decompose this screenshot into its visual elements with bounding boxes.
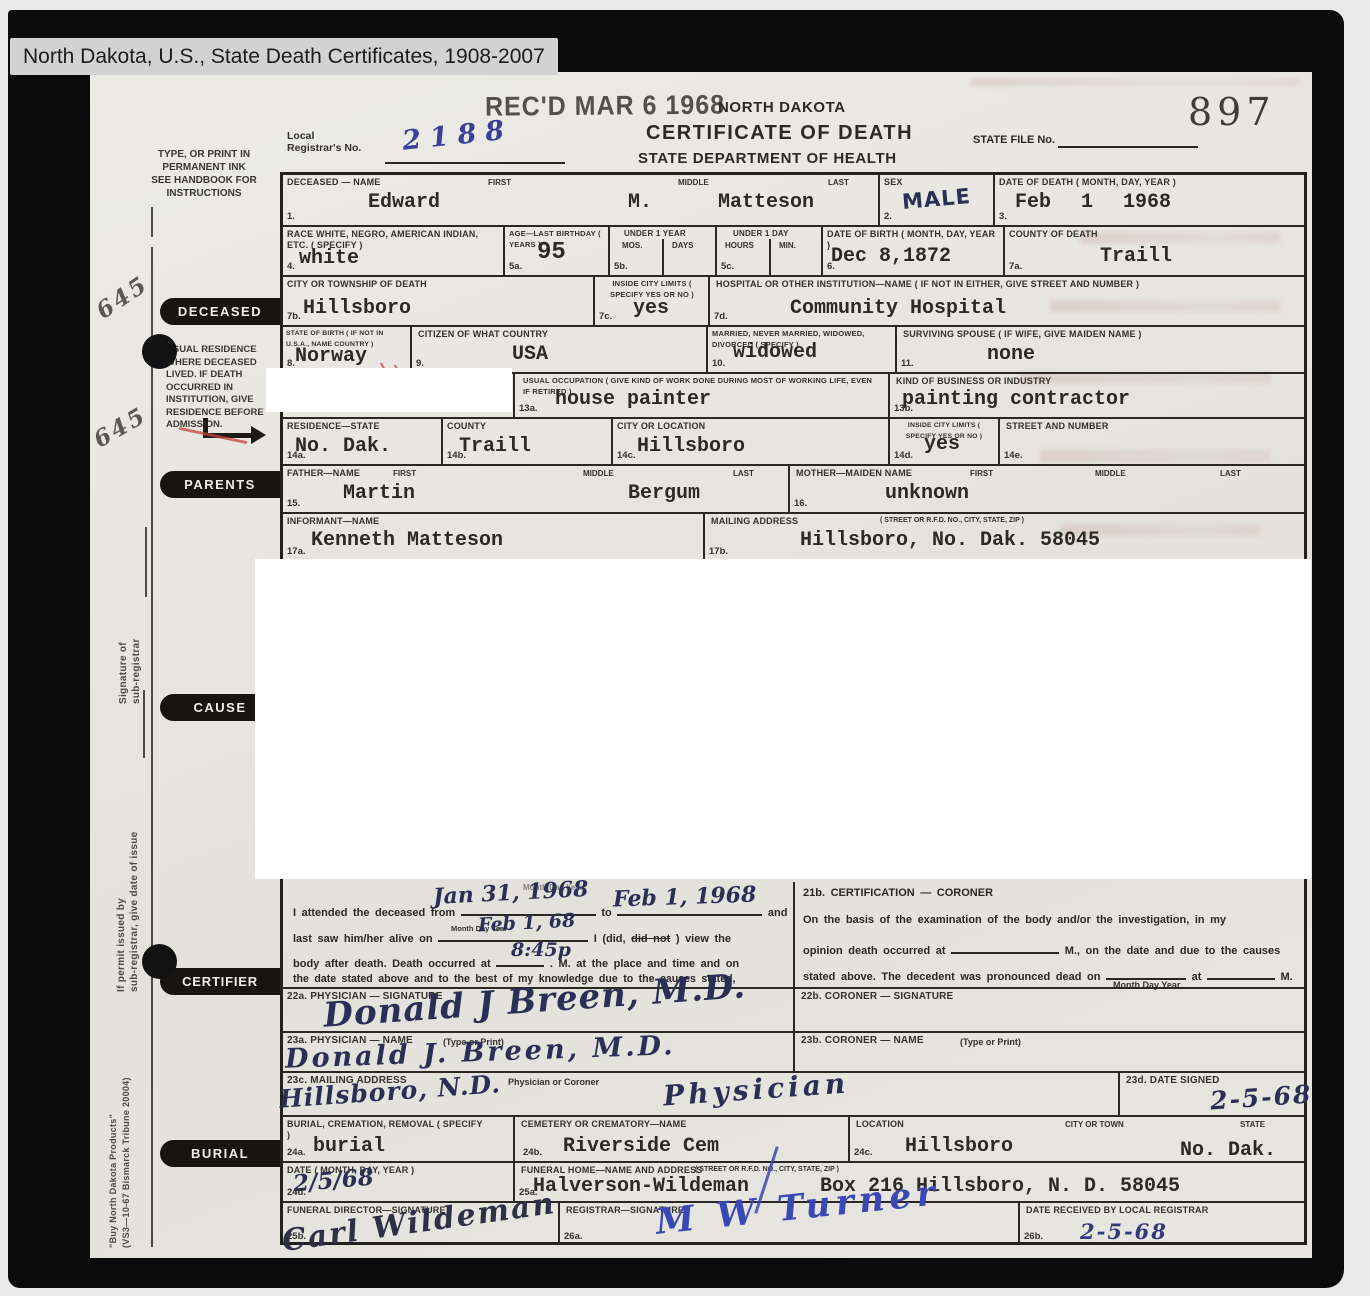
residence-inside-limits-value: yes — [924, 433, 960, 456]
mother-value: unknown — [885, 482, 969, 505]
field-number: 14b. — [447, 450, 466, 461]
attended-to-handwritten: Feb 1, 1968 — [613, 882, 757, 913]
row-signatures: 22a. PHYSICIAN — SIGNATURE Donald J Bree… — [283, 987, 1304, 1031]
field-number: 7c. — [599, 311, 612, 322]
certificate-paper: REC'D MAR 6 1968 NORTH DAKOTA CERTIFICAT… — [90, 72, 1312, 1258]
local-registrar-label-l1: Local — [287, 130, 361, 142]
residence-city-label: CITY OR LOCATION — [617, 421, 705, 432]
citizen-value: USA — [512, 343, 548, 366]
hours-sublabel: HOURS — [725, 241, 754, 250]
citizen-label: CITIZEN OF WHAT COUNTRY — [418, 329, 548, 340]
middle-sublabel: MIDDLE — [678, 178, 709, 187]
city-or-town-sublabel: CITY OR TOWN — [1065, 1120, 1124, 1129]
header-title: CERTIFICATE OF DEATH — [646, 122, 913, 145]
footer-note-l2: (VS3—10-67 Bismarck Tribune 20004) — [121, 1077, 131, 1248]
field-marital-status: MARRIED, NEVER MARRIED, WIDOWED, DIVORCE… — [706, 327, 895, 372]
residence-note: USUAL RESIDENCE WHERE DECEASED LIVED. IF… — [166, 344, 278, 432]
burial-state-value: No. Dak. — [1180, 1139, 1276, 1162]
residence-state-label: RESIDENCE—STATE — [287, 421, 380, 432]
field-deceased-name: DECEASED — NAME FIRST MIDDLE LAST Edward… — [283, 175, 878, 225]
field-funeral-director-signature: FUNERAL DIRECTOR—SIGNATURE Carl Wildeman… — [283, 1203, 558, 1245]
sex-label: SEX — [884, 177, 903, 188]
row-deceased-name: DECEASED — NAME FIRST MIDDLE LAST Edward… — [283, 175, 1304, 225]
permit-note-l2: sub-registrar, give date of issue — [129, 831, 140, 992]
header-state: NORTH DAKOTA — [718, 99, 846, 116]
local-registrar-line — [385, 162, 565, 164]
funeral-home-label: FUNERAL HOME—NAME AND ADDRESS — [521, 1165, 702, 1176]
tab-parents: PARENTS — [160, 471, 280, 498]
marital-value: widowed — [733, 341, 817, 364]
residence-county-label: COUNTY — [447, 421, 486, 432]
date-of-death-value: Feb 1 1968 — [1015, 191, 1171, 214]
field-residence-state: RESIDENCE—STATE No. Dak. 14a. — [283, 419, 441, 464]
role-handwritten: Physician — [662, 1067, 850, 1113]
field-number: 11. — [901, 358, 914, 369]
field-number: 14d. — [894, 450, 913, 461]
local-registrar-label: Local Registrar's No. — [287, 130, 361, 154]
row-birth-citizen-marital: STATE OF BIRTH ( IF NOT IN U.S.A., NAME … — [283, 325, 1304, 372]
field-burial-type: BURIAL, CREMATION, REMOVAL ( SPECIFY ) b… — [283, 1117, 513, 1161]
deceased-first-value: Edward — [368, 191, 440, 214]
field-coroner-certification: 21b. CERTIFICATION — CORONER On the basi… — [793, 882, 1310, 987]
age-value: 95 — [537, 239, 566, 266]
attend-text: ) view the — [676, 933, 731, 945]
field-number: 4. — [287, 261, 295, 272]
pencil-mark-645: 645 — [89, 402, 152, 454]
field-number: 7b. — [287, 311, 301, 322]
redaction-block-cause — [255, 559, 1311, 879]
county-of-death-label: COUNTY OF DEATH — [1009, 229, 1098, 240]
attend-text: I attended the deceased from — [293, 907, 455, 919]
middle-sublabel: MIDDLE — [583, 469, 614, 478]
coroner-line-3: stated above. The decedent was pronounce… — [803, 966, 1293, 983]
field-number: 24c. — [854, 1147, 873, 1158]
print-note-l1: TYPE, OR PRINT IN — [128, 148, 280, 161]
local-registrar-label-l2: Registrar's No. — [287, 142, 361, 154]
field-number: 5a. — [509, 261, 522, 272]
field-age: AGE—LAST BIRTHDAY ( YEARS ) 95 5a. — [503, 227, 608, 275]
middle-sublabel: MIDDLE — [1095, 469, 1126, 478]
footer-note-l1: "Buy North Dakota Products" — [108, 1114, 118, 1248]
redaction-block-small — [266, 368, 512, 412]
location-label: LOCATION — [856, 1119, 904, 1130]
field-hospital: HOSPITAL OR OTHER INSTITUTION—NAME ( IF … — [708, 277, 1310, 325]
city-of-death-label: CITY OR TOWNSHIP OF DEATH — [287, 279, 427, 290]
field-sex: SEX 2. MALE — [878, 175, 993, 225]
local-registrar-no: 2188 — [401, 114, 515, 156]
industry-value: painting contractor — [902, 388, 1130, 411]
field-residence-inside-limits: INSIDE CITY LIMITS ( SPECIFY YES OR NO )… — [888, 419, 998, 464]
deceased-last-value: Matteson — [718, 191, 814, 214]
first-sublabel: FIRST — [970, 469, 993, 478]
informant-value: Kenneth Matteson — [311, 529, 503, 552]
field-residence-city: CITY OR LOCATION Hillsboro 14c. — [611, 419, 888, 464]
deceased-middle-value: M. — [628, 191, 652, 214]
field-occupation: USUAL OCCUPATION ( GIVE KIND OF WORK DON… — [513, 374, 888, 417]
date-of-birth-value: Dec 8,1872 — [831, 245, 951, 268]
field-number: 14e. — [1004, 450, 1023, 461]
field-physician-name: 23a. PHYSICIAN — NAME (Type or Print) Do… — [283, 1033, 793, 1071]
field-father-name: FATHER—NAME FIRST MIDDLE LAST Martin Ber… — [283, 466, 788, 512]
coroner-text: M., on the date and due to the causes — [1065, 945, 1281, 957]
row-registrar: FUNERAL DIRECTOR—SIGNATURE Carl Wildeman… — [283, 1201, 1304, 1245]
print-note-l2: PERMANENT INK — [128, 161, 280, 174]
field-coroner-signature: 22b. CORONER — SIGNATURE — [793, 989, 1310, 1031]
field-certifier-mailing-address: 23c. MAILING ADDRESS Physician or Corone… — [283, 1073, 1118, 1115]
field-physician-signature: 22a. PHYSICIAN — SIGNATURE Donald J Bree… — [283, 989, 793, 1031]
death-time-handwritten: 8:45p — [511, 939, 571, 961]
header-department: STATE DEPARTMENT OF HEALTH — [638, 150, 897, 167]
row-race-age-birth: RACE WHITE, NEGRO, AMERICAN INDIAN, ETC.… — [283, 225, 1304, 275]
attend-text: I (did, — [594, 933, 626, 945]
field-residence-street: STREET AND NUMBER 14e. — [998, 419, 1310, 464]
field-cemetery: CEMETERY OR CREMATORY—NAME Riverside Cem… — [513, 1117, 848, 1161]
last-sublabel: LAST — [828, 178, 849, 187]
row-mailing-datesigned: 23c. MAILING ADDRESS Physician or Corone… — [283, 1071, 1304, 1115]
red-ink-smudge — [970, 78, 1300, 86]
margin-rule — [151, 247, 153, 1247]
field-inside-city-limits: INSIDE CITY LIMITS ( SPECIFY YES OR NO )… — [593, 277, 708, 325]
field-number: 17b. — [709, 546, 728, 557]
coroner-line-1: On the basis of the examination of the b… — [803, 914, 1226, 926]
field-number: 16. — [794, 498, 807, 509]
residence-state-value: No. Dak. — [295, 435, 391, 458]
field-informant: INFORMANT—NAME Kenneth Matteson 17a. — [283, 514, 703, 560]
tab-burial: BURIAL — [160, 1140, 280, 1167]
row-place-of-death: CITY OR TOWNSHIP OF DEATH Hillsboro 7b. … — [283, 275, 1304, 325]
under-1-year-label: UNDER 1 YEAR — [624, 229, 686, 240]
row-parents: FATHER—NAME FIRST MIDDLE LAST Martin Ber… — [283, 464, 1304, 512]
days-sublabel: DAYS — [672, 241, 694, 250]
coroner-text: M. — [1280, 971, 1292, 983]
state-file-no-value: 897 — [1188, 90, 1276, 134]
coroner-certification-heading: 21b. CERTIFICATION — CORONER — [803, 887, 993, 899]
coroner-signature-label: 22b. CORONER — SIGNATURE — [801, 992, 953, 1003]
permit-note-l1: If permit issued by — [116, 898, 127, 992]
field-number: 6. — [827, 261, 835, 272]
city-of-death-value: Hillsboro — [303, 297, 411, 320]
tab-certifier: CERTIFIER — [160, 968, 280, 995]
viewer-stage: North Dakota, U.S., State Death Certific… — [0, 0, 1370, 1296]
under-1-day-label: UNDER 1 DAY — [733, 229, 789, 240]
field-number: 7a. — [1009, 261, 1022, 272]
field-number: 10. — [712, 358, 725, 369]
field-mailing-address: MAILING ADDRESS ( STREET OR R.F.D. NO., … — [703, 514, 1310, 560]
subregistrar-signature-note-l2: sub-registrar — [131, 638, 142, 704]
coroner-text: opinion death occurred at — [803, 945, 946, 957]
min-sublabel: MIN. — [779, 241, 796, 250]
hole-punch — [142, 334, 177, 369]
field-number: 3. — [999, 211, 1007, 222]
first-sublabel: FIRST — [488, 178, 511, 187]
field-city-of-death: CITY OR TOWNSHIP OF DEATH Hillsboro 7b. — [283, 277, 593, 325]
field-county-of-death: COUNTY OF DEATH Traill 7a. — [1003, 227, 1310, 275]
margin-rule-stub — [151, 207, 153, 237]
field-date-received: DATE RECEIVED BY LOCAL REGISTRAR 2-5-68 … — [1018, 1203, 1310, 1245]
inside-city-limits-value: yes — [633, 297, 669, 320]
field-under-1-year: UNDER 1 YEAR MOS. DAYS 5b. — [608, 227, 715, 275]
date-received-label: DATE RECEIVED BY LOCAL REGISTRAR — [1026, 1205, 1208, 1216]
field-date-signed: 23d. DATE SIGNED 2-5-68 — [1118, 1073, 1310, 1115]
father-first-value: Martin — [343, 482, 415, 505]
field-number: 15. — [287, 498, 300, 509]
attend-text: body after death. Death occurred at — [293, 958, 491, 970]
print-note-l4: INSTRUCTIONS — [128, 187, 280, 200]
field-number: 7d. — [714, 311, 728, 322]
state-of-birth-value: Norway — [295, 345, 367, 368]
print-note: TYPE, OR PRINT IN PERMANENT INK SEE HAND… — [128, 148, 280, 200]
state-sublabel: STATE — [1240, 1120, 1265, 1129]
residence-city-value: Hillsboro — [637, 435, 745, 458]
cell-divider — [769, 239, 771, 275]
hole-punch — [142, 944, 177, 979]
field-number: 26a. — [564, 1231, 583, 1242]
physician-or-coroner-label: Physician or Coroner — [508, 1077, 599, 1087]
field-registrar-signature: REGISTRAR—SIGNATURE M W Turner 26a. — [558, 1203, 1018, 1245]
date-signed-label: 23d. DATE SIGNED — [1126, 1076, 1220, 1087]
field-state-of-birth: STATE OF BIRTH ( IF NOT IN U.S.A., NAME … — [283, 327, 410, 372]
field-mother-name: MOTHER—MAIDEN NAME FIRST MIDDLE LAST unk… — [788, 466, 1310, 512]
row-names: 23a. PHYSICIAN — NAME (Type or Print) Do… — [283, 1031, 1304, 1071]
permit-blank-line — [143, 690, 145, 758]
field-burial-date: DATE ( MONTH, DAY, YEAR ) 2/5/68 24d. — [283, 1163, 513, 1201]
state-file-no-label: STATE FILE No. — [973, 134, 1055, 146]
field-number: 1. — [287, 211, 295, 222]
field-coroner-name: 23b. CORONER — NAME (Type or Print) — [793, 1033, 1310, 1071]
row-certification: Month Day Year I attended the deceased f… — [283, 882, 1304, 987]
blank-line — [1106, 966, 1186, 980]
field-date-of-death: DATE OF DEATH ( MONTH, DAY, YEAR ) Feb 1… — [993, 175, 1310, 225]
state-file-no-line — [1058, 146, 1198, 148]
mailing-address-paren-label: ( STREET OR R.F.D. NO., CITY, STATE, ZIP… — [880, 517, 1024, 524]
last-sublabel: LAST — [733, 469, 754, 478]
date-received-handwritten: 2-5-68 — [1080, 1219, 1168, 1244]
blank-line — [951, 940, 1059, 954]
field-number: 5b. — [614, 261, 628, 272]
blank-line — [1207, 966, 1275, 980]
mother-name-label: MOTHER—MAIDEN NAME — [796, 468, 912, 479]
field-number: 24d. — [287, 1187, 306, 1198]
field-number: 24b. — [523, 1147, 542, 1158]
field-industry: KIND OF BUSINESS OR INDUSTRY painting co… — [888, 374, 1310, 417]
field-number: 2. — [884, 211, 892, 222]
cemetery-label: CEMETERY OR CREMATORY—NAME — [521, 1119, 687, 1130]
field-burial-location: LOCATION CITY OR TOWN STATE Hillsboro No… — [848, 1117, 1310, 1161]
mos-sublabel: MOS. — [622, 241, 642, 250]
field-number: 14a. — [287, 450, 306, 461]
mailing-address-label: MAILING ADDRESS — [711, 516, 798, 527]
industry-label: KIND OF BUSINESS OR INDUSTRY — [896, 376, 1051, 387]
residence-county-value: Traill — [459, 435, 531, 458]
sex-value: MALE — [901, 184, 972, 214]
pencil-mark-645: 645 — [91, 270, 153, 324]
struck-did-not: did not — [631, 933, 670, 945]
father-name-label: FATHER—NAME — [287, 468, 360, 479]
attend-text: to — [601, 907, 611, 919]
coroner-line-2: opinion death occurred at M., on the dat… — [803, 940, 1280, 957]
mailing-address-value: Hillsboro, No. Dak. 58045 — [800, 529, 1100, 552]
last-sublabel: LAST — [1220, 469, 1241, 478]
field-number: 5c. — [721, 261, 734, 272]
subregistrar-signature-note-l1: Signature of — [118, 642, 129, 704]
hospital-value: Community Hospital — [790, 297, 1006, 320]
date-signed-handwritten: 2-5-68 — [1209, 1079, 1313, 1115]
row-informant: INFORMANT—NAME Kenneth Matteson 17a. MAI… — [283, 512, 1304, 560]
field-under-1-day: UNDER 1 DAY HOURS MIN. 5c. — [715, 227, 821, 275]
field-number: 24a. — [287, 1147, 306, 1158]
occupation-value: house painter — [555, 388, 711, 411]
surviving-spouse-label: SURVIVING SPOUSE ( IF WIFE, GIVE MAIDEN … — [903, 329, 1142, 340]
subregistrar-blank-line — [145, 527, 147, 597]
print-note-l3: SEE HANDBOOK FOR — [128, 174, 280, 187]
field-race: RACE WHITE, NEGRO, AMERICAN INDIAN, ETC.… — [283, 227, 503, 275]
first-sublabel: FIRST — [393, 469, 416, 478]
field-residence-county: COUNTY Traill 14b. — [441, 419, 611, 464]
received-stamp: REC'D MAR 6 1968 — [485, 90, 725, 123]
coroner-text: at — [1192, 971, 1202, 983]
burial-type-value: burial — [313, 1135, 385, 1158]
field-number: 26b. — [1024, 1231, 1043, 1242]
field-number: 17a. — [287, 546, 306, 557]
field-citizen: CITIZEN OF WHAT COUNTRY USA 9. — [410, 327, 706, 372]
county-of-death-value: Traill — [1100, 245, 1172, 268]
coroner-name-label: 23b. CORONER — NAME — [801, 1036, 924, 1047]
cemetery-value: Riverside Cem — [563, 1135, 719, 1158]
field-number: 14c. — [617, 450, 636, 461]
hospital-label: HOSPITAL OR OTHER INSTITUTION—NAME ( IF … — [716, 279, 1139, 290]
coroner-text: stated above. The decedent was pronounce… — [803, 971, 1100, 983]
field-number: 13a. — [519, 403, 538, 414]
residence-street-label: STREET AND NUMBER — [1006, 421, 1109, 432]
surviving-spouse-value: none — [987, 343, 1035, 366]
father-middle-value: Bergum — [628, 482, 700, 505]
burial-city-value: Hillsboro — [905, 1135, 1013, 1158]
race-value: white — [299, 247, 359, 270]
field-number: 13b. — [894, 403, 913, 414]
tab-deceased: DECEASED — [160, 298, 280, 325]
attend-text: and — [768, 907, 788, 919]
field-date-of-birth: DATE OF BIRTH ( MONTH, DAY, YEAR ) Dec 8… — [821, 227, 1003, 275]
informant-label: INFORMANT—NAME — [287, 516, 379, 527]
deceased-name-label: DECEASED — NAME — [287, 177, 381, 188]
collection-title-chip[interactable]: North Dakota, U.S., State Death Certific… — [10, 38, 558, 75]
row-residence: RESIDENCE—STATE No. Dak. 14a. COUNTY Tra… — [283, 417, 1304, 464]
row-burial: BURIAL, CREMATION, REMOVAL ( SPECIFY ) b… — [283, 1115, 1304, 1161]
attend-text: last saw him/her alive on — [293, 933, 433, 945]
type-or-print-label: (Type or Print) — [960, 1037, 1021, 1047]
residence-arrow-head — [251, 426, 266, 444]
field-surviving-spouse: SURVIVING SPOUSE ( IF WIFE, GIVE MAIDEN … — [895, 327, 1310, 372]
date-of-death-label: DATE OF DEATH ( MONTH, DAY, YEAR ) — [999, 177, 1176, 188]
cell-divider — [662, 239, 664, 275]
